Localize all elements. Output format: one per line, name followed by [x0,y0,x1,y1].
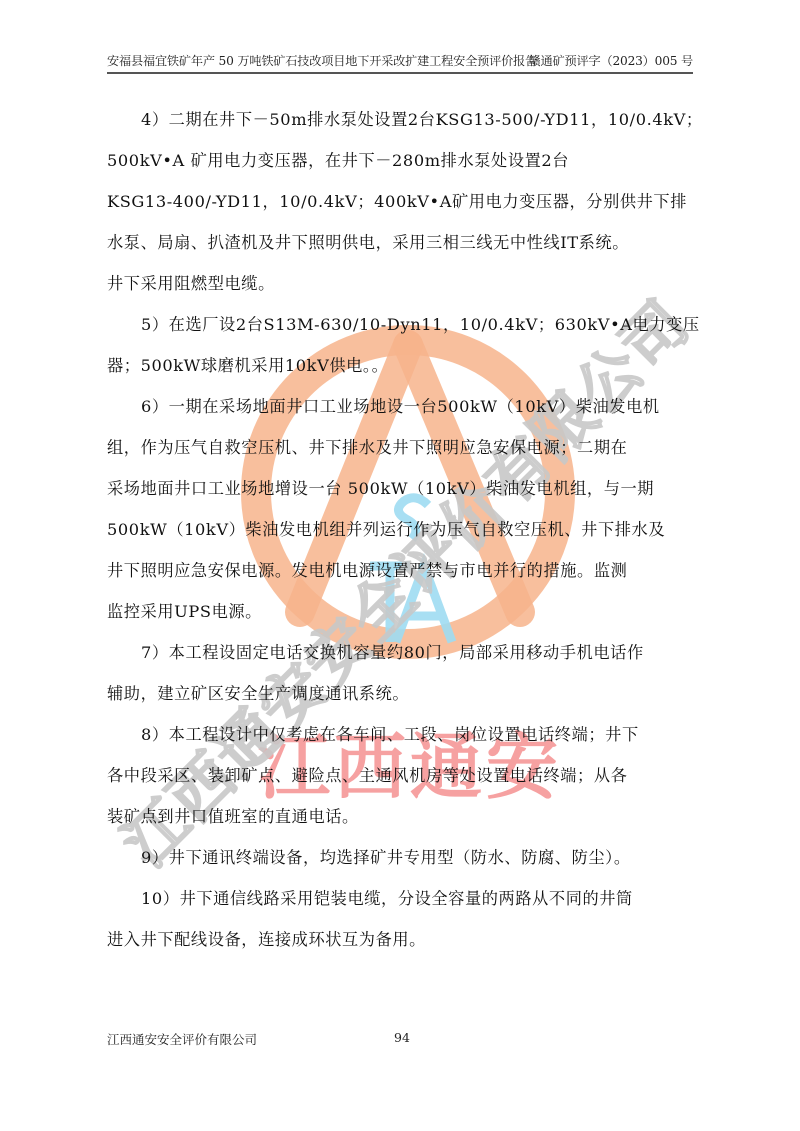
body-content: 4）二期在井下－50m排水泵处设置2台KSG13-500/-YD11，10/0.… [107,105,707,966]
text-line: KSG13-400/-YD11，10/0.4kV；400kV•A矿用电力变压器，… [107,187,707,228]
text-line: 8）本工程设计中仅考虑在各车间、工段、岗位设置电话终端；井下 [107,720,707,761]
paragraph-6: 6）一期在采场地面井口工业场地设一台500kW（10kV）柴油发电机 组，作为压… [107,392,707,638]
text-line: 5）在选厂设2台S13M-630/10-Dyn11，10/0.4kV；630kV… [107,310,707,351]
text-line: 井下采用阻燃型电缆。 [107,269,707,310]
text-line: 各中段采区、装卸矿点、避险点、主通风机房等处设置电话终端；从各 [107,761,707,802]
page-footer: 江西通安安全评价有限公司 94 [107,1030,693,1050]
text-line: 10）井下通信线路采用铠装电缆，分设全容量的两路从不同的井筒 [107,884,707,925]
text-line: 9）井下通讯终端设备，均选择矿井专用型（防水、防腐、防尘）。 [107,843,707,884]
text-line: 器；500kW球磨机采用10kV供电。。 [107,351,707,392]
text-line: 4）二期在井下－50m排水泵处设置2台KSG13-500/-YD11，10/0.… [107,105,707,146]
paragraph-9: 9）井下通讯终端设备，均选择矿井专用型（防水、防腐、防尘）。 [107,843,707,884]
report-title: 安福县福宜铁矿年产 50 万吨铁矿石技改项目地下开采改扩建工程安全预评价报告 [107,52,537,69]
footer-company: 江西通安安全评价有限公司 [107,1030,257,1048]
running-header: 安福县福宜铁矿年产 50 万吨铁矿石技改项目地下开采改扩建工程安全预评价报告 赣… [107,50,693,72]
text-line: 水泵、局扇、扒渣机及井下照明供电，采用三相三线无中性线IT系统。 [107,228,707,269]
text-line: 装矿点到井口值班室的直通电话。 [107,802,707,843]
paragraph-7: 7）本工程设固定电话交换机容量约80门，局部采用移动手机电话作 辅助，建立矿区安… [107,638,707,720]
document-page: 安福县福宜铁矿年产 50 万吨铁矿石技改项目地下开采改扩建工程安全预评价报告 赣… [0,0,800,1131]
text-line: 采场地面井口工业场地增设一台 500kW（10kV）柴油发电机组，与一期 [107,474,707,515]
text-line: 6）一期在采场地面井口工业场地设一台500kW（10kV）柴油发电机 [107,392,707,433]
text-line: 井下照明应急安保电源。发电机电源设置严禁与市电并行的措施。监测 [107,556,707,597]
page-number: 94 [394,1030,410,1045]
text-line: 500kW（10kV）柴油发电机组并列运行作为压气自救空压机、井下排水及 [107,515,707,556]
text-line: 辅助，建立矿区安全生产调度通讯系统。 [107,679,707,720]
text-line: 7）本工程设固定电话交换机容量约80门，局部采用移动手机电话作 [107,638,707,679]
text-line: 500kV•A 矿用电力变压器，在井下－280m排水泵处设置2台 [107,146,707,187]
paragraph-8: 8）本工程设计中仅考虑在各车间、工段、岗位设置电话终端；井下 各中段采区、装卸矿… [107,720,707,843]
text-line: 进入井下配线设备，连接成环状互为备用。 [107,925,707,966]
text-line: 监控采用UPS电源。 [107,597,707,638]
text-line: 组，作为压气自救空压机、井下排水及井下照明应急安保电源；二期在 [107,433,707,474]
document-number: 赣通矿预评字（2023）005 号 [529,52,693,69]
paragraph-5: 5）在选厂设2台S13M-630/10-Dyn11，10/0.4kV；630kV… [107,310,707,392]
header-divider [107,72,693,74]
paragraph-4: 4）二期在井下－50m排水泵处设置2台KSG13-500/-YD11，10/0.… [107,105,707,310]
paragraph-10: 10）井下通信线路采用铠装电缆，分设全容量的两路从不同的井筒 进入井下配线设备，… [107,884,707,966]
